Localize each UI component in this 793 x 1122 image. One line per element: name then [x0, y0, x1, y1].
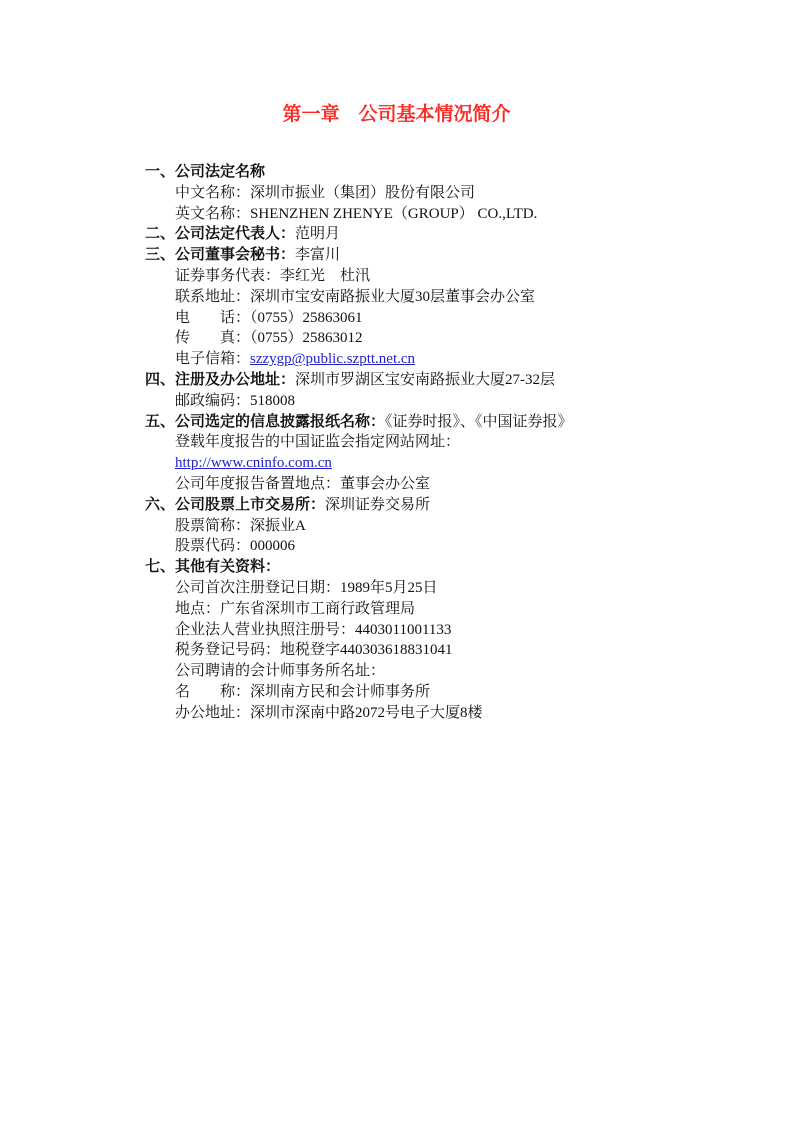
securities-rep-line: 证券事务代表：李红光 杜汛 — [0, 266, 793, 287]
registration-date-value: 1989年5月25日 — [340, 580, 438, 596]
accounting-firm-address-line: 办公地址：深圳市深南中路2072号电子大厦8楼 — [0, 703, 793, 724]
fax-label: 传 真： — [175, 330, 250, 346]
legal-representative-value: 范明月 — [295, 226, 340, 242]
website-intro-line: 登载年度报告的中国证监会指定网站网址： — [0, 432, 793, 453]
chinese-name-value: 深圳市振业（集团）股份有限公司 — [250, 185, 475, 201]
english-name-value: SHENZHEN ZHENYE（GROUP） CO.,LTD. — [250, 206, 537, 222]
registration-place-value: 广东省深圳市工商行政管理局 — [220, 601, 415, 617]
accounting-firm-intro-line: 公司聘请的会计师事务所名址： — [0, 661, 793, 682]
section-4-label: 四、注册及办公地址： — [145, 371, 295, 388]
stock-exchange-value: 深圳证券交易所 — [325, 497, 430, 513]
registration-place-label: 地点： — [175, 601, 220, 617]
contact-address-line: 联系地址：深圳市宝安南路振业大厦30层董事会办公室 — [0, 287, 793, 308]
section-7-heading: 七、其他有关资料： — [0, 557, 793, 578]
email-label: 电子信箱： — [175, 351, 250, 367]
section-2-label: 二、公司法定代表人： — [145, 225, 295, 242]
fax-value: （0755）25863012 — [250, 330, 363, 346]
securities-rep-value: 李红光 杜汛 — [280, 268, 370, 284]
phone-line: 电 话：（0755）25863061 — [0, 308, 793, 329]
stock-abbr-value: 深振业A — [250, 518, 306, 534]
section-2-line: 二、公司法定代表人：范明月 — [0, 224, 793, 245]
section-7-label: 七、其他有关资料： — [145, 558, 280, 575]
english-name-line: 英文名称：SHENZHEN ZHENYE（GROUP） CO.,LTD. — [0, 204, 793, 225]
registered-address-value: 深圳市罗湖区宝安南路振业大厦27-32层 — [295, 372, 555, 388]
postal-code-line: 邮政编码：518008 — [0, 391, 793, 412]
chinese-name-line: 中文名称：深圳市振业（集团）股份有限公司 — [0, 183, 793, 204]
phone-label: 电 话： — [175, 310, 250, 326]
english-name-label: 英文名称： — [175, 206, 250, 222]
accounting-firm-address-label: 办公地址： — [175, 705, 250, 721]
accounting-firm-name-label: 名 称： — [175, 684, 250, 700]
email-link[interactable]: szzygp@public.szptt.net.cn — [250, 351, 415, 367]
tax-registration-line: 税务登记号码：地税登字440303618831041 — [0, 640, 793, 661]
section-1-label: 一、公司法定名称 — [145, 163, 265, 180]
stock-code-value: 000006 — [250, 538, 295, 554]
section-4-line: 四、注册及办公地址：深圳市罗湖区宝安南路振业大厦27-32层 — [0, 370, 793, 391]
section-6-line: 六、公司股票上市交易所：深圳证券交易所 — [0, 495, 793, 516]
business-license-label: 企业法人营业执照注册号： — [175, 622, 355, 638]
tax-registration-label: 税务登记号码： — [175, 642, 280, 658]
section-5-line: 五、公司选定的信息披露报纸名称：《证券时报》、《中国证券报》 — [0, 412, 793, 433]
contact-address-value: 深圳市宝安南路振业大厦30层董事会办公室 — [250, 289, 535, 305]
postal-code-label: 邮政编码： — [175, 393, 250, 409]
website-link[interactable]: http://www.cninfo.com.cn — [175, 455, 332, 471]
stock-abbr-line: 股票简称：深振业A — [0, 516, 793, 537]
registration-date-line: 公司首次注册登记日期：1989年5月25日 — [0, 578, 793, 599]
document-body: 一、公司法定名称中文名称：深圳市振业（集团）股份有限公司英文名称：SHENZHE… — [0, 162, 793, 724]
section-6-label: 六、公司股票上市交易所： — [145, 496, 325, 513]
section-3-line: 三、公司董事会秘书：李富川 — [0, 245, 793, 266]
chinese-name-label: 中文名称： — [175, 185, 250, 201]
website-intro-text: 登载年度报告的中国证监会指定网站网址： — [175, 434, 460, 450]
report-location-line: 公司年度报告备置地点：董事会办公室 — [0, 474, 793, 495]
phone-value: （0755）25863061 — [250, 310, 363, 326]
section-5-label: 五、公司选定的信息披露报纸名称： — [145, 413, 385, 430]
section-1-heading: 一、公司法定名称 — [0, 162, 793, 183]
section-3-label: 三、公司董事会秘书： — [145, 246, 295, 263]
report-location-label: 公司年度报告备置地点： — [175, 476, 340, 492]
registration-date-label: 公司首次注册登记日期： — [175, 580, 340, 596]
fax-line: 传 真：（0755）25863012 — [0, 328, 793, 349]
postal-code-value: 518008 — [250, 393, 295, 409]
business-license-value: 4403011001133 — [355, 622, 451, 638]
registration-place-line: 地点：广东省深圳市工商行政管理局 — [0, 599, 793, 620]
stock-code-label: 股票代码： — [175, 538, 250, 554]
email-line: 电子信箱：szzygp@public.szptt.net.cn — [0, 349, 793, 370]
chapter-title: 第一章 公司基本情况简介 — [0, 102, 793, 128]
accounting-firm-address-value: 深圳市深南中路2072号电子大厦8楼 — [250, 705, 483, 721]
board-secretary-value: 李富川 — [295, 247, 340, 263]
document-page: 第一章 公司基本情况简介 一、公司法定名称中文名称：深圳市振业（集团）股份有限公… — [0, 0, 793, 1122]
securities-rep-label: 证券事务代表： — [175, 268, 280, 284]
report-location-value: 董事会办公室 — [340, 476, 430, 492]
business-license-line: 企业法人营业执照注册号：4403011001133 — [0, 620, 793, 641]
newspapers-value: 《证券时报》、《中国证券报》 — [385, 414, 573, 430]
accounting-firm-intro-text: 公司聘请的会计师事务所名址： — [175, 663, 385, 679]
contact-address-label: 联系地址： — [175, 289, 250, 305]
accounting-firm-name-line: 名 称：深圳南方民和会计师事务所 — [0, 682, 793, 703]
website-line: http://www.cninfo.com.cn — [0, 453, 793, 474]
stock-code-line: 股票代码：000006 — [0, 536, 793, 557]
accounting-firm-name-value: 深圳南方民和会计师事务所 — [250, 684, 430, 700]
tax-registration-value: 地税登字440303618831041 — [280, 642, 453, 658]
stock-abbr-label: 股票简称： — [175, 518, 250, 534]
